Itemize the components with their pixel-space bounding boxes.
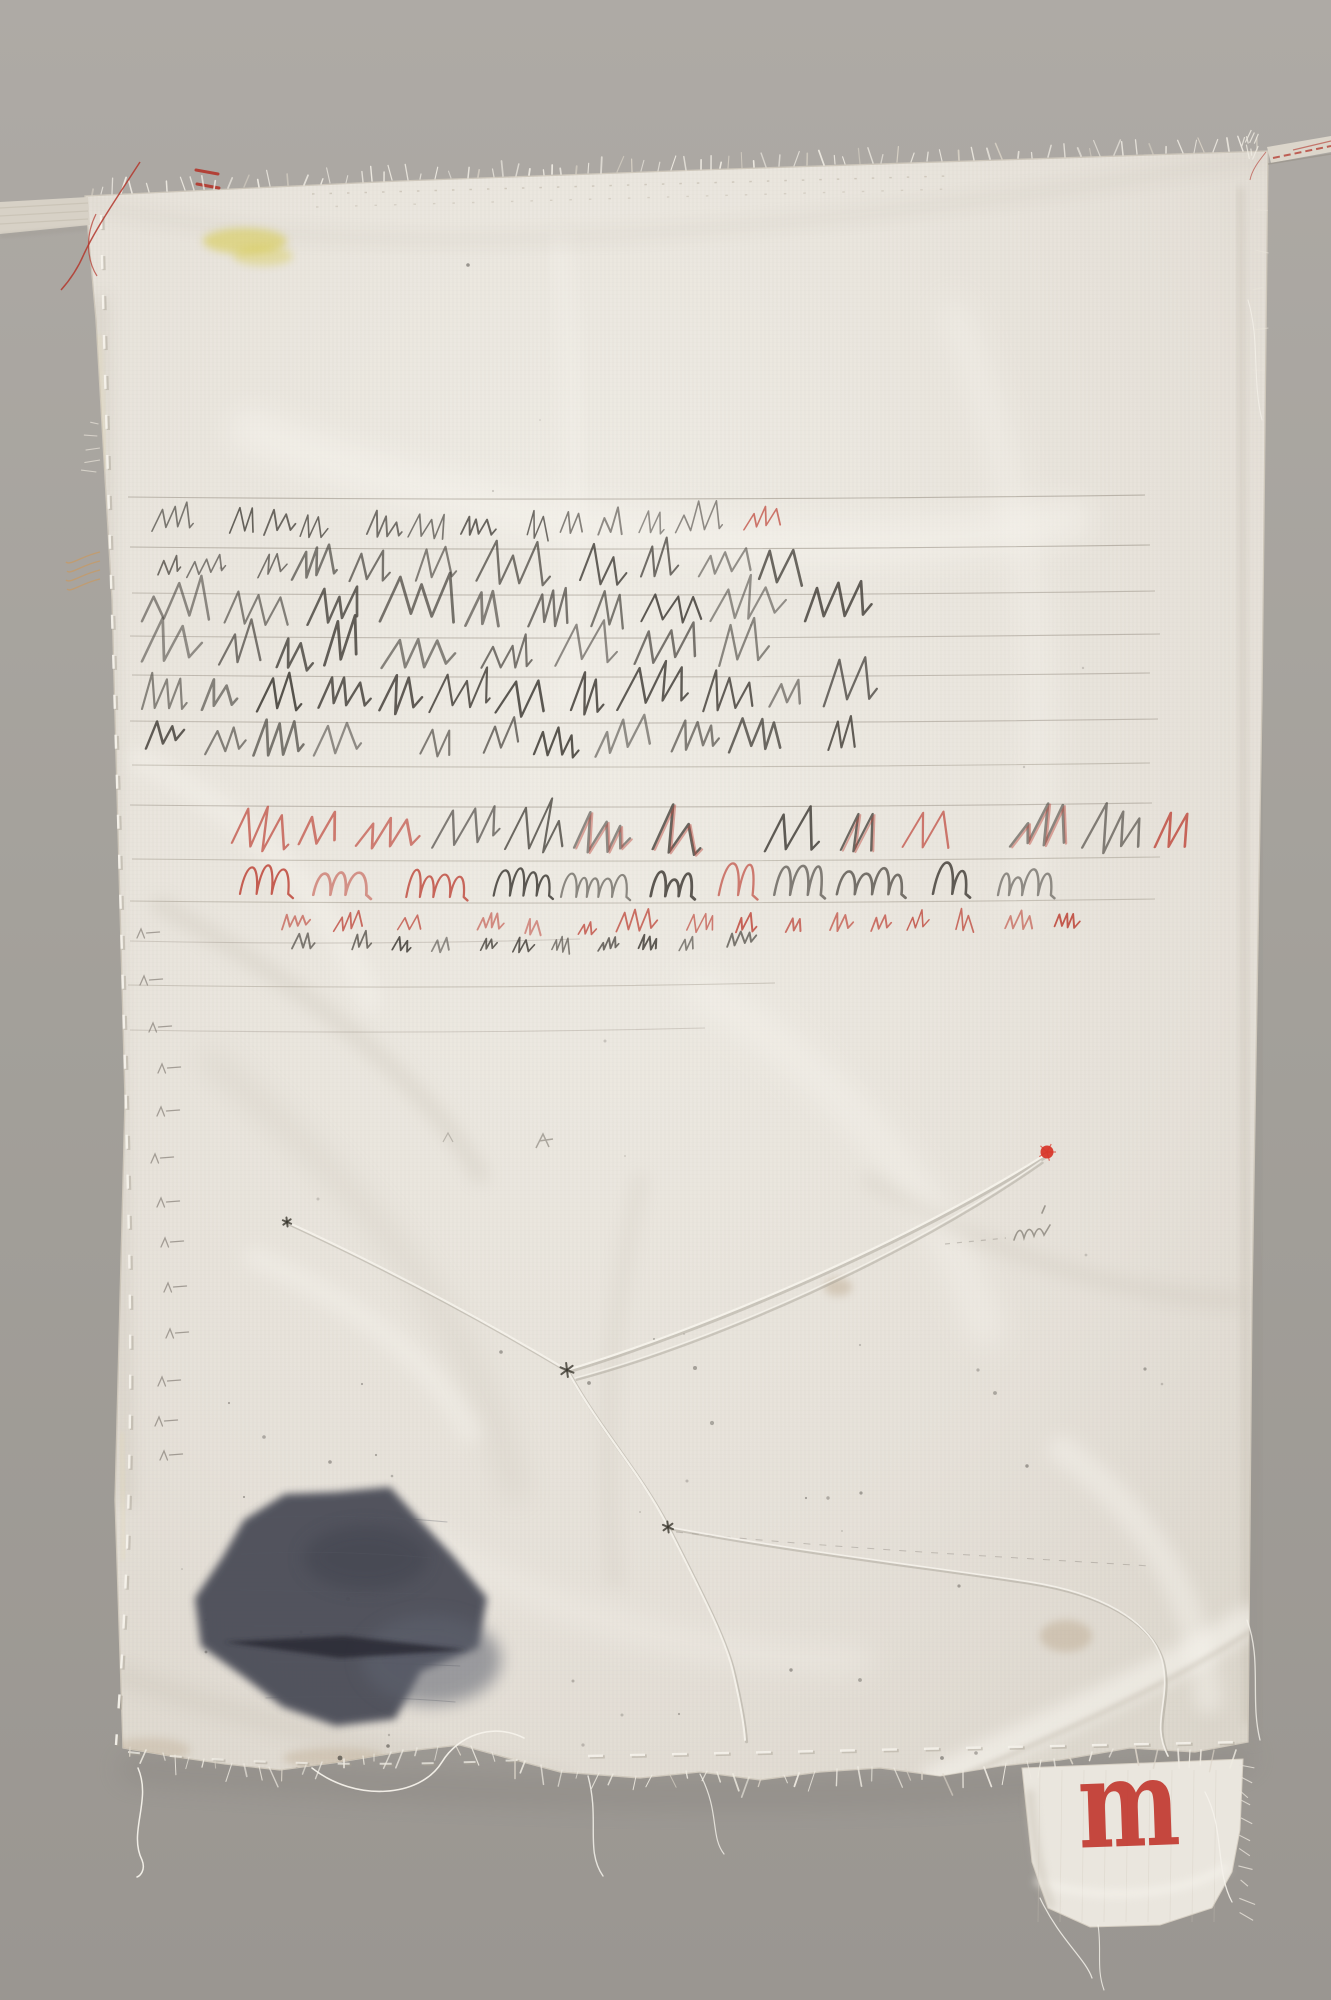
textile-canvas: m xyxy=(0,0,1331,2000)
artwork-photo: m xyxy=(0,0,1331,2000)
